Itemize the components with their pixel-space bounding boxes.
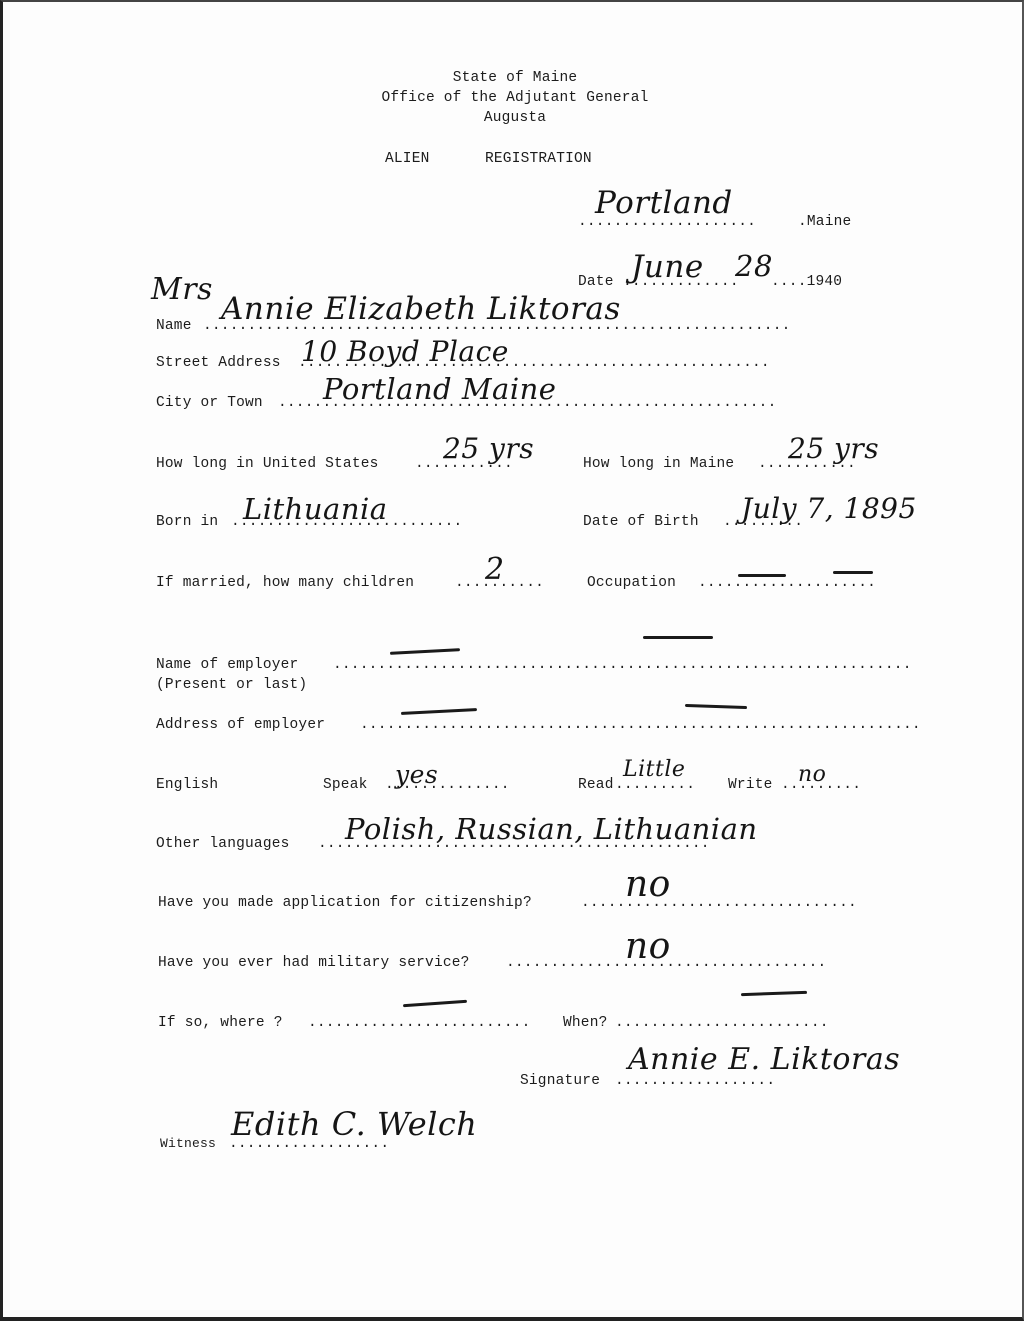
- name-prefix-handwritten: Mrs: [151, 272, 213, 307]
- signature-handwritten: Annie E. Liktoras: [628, 1042, 900, 1077]
- form-title-registration: REGISTRATION: [485, 151, 592, 167]
- english-read-handwritten: Little: [623, 757, 685, 782]
- citizenship-dots: ...............................: [581, 895, 857, 911]
- how-long-maine-label: How long in Maine: [583, 456, 734, 472]
- street-address-label: Street Address: [156, 355, 281, 371]
- citizenship-handwritten: no: [625, 864, 671, 905]
- date-month-handwritten: June: [631, 249, 704, 285]
- city-handwritten: Portland Maine: [323, 372, 556, 406]
- english-write-label: Write: [728, 777, 773, 793]
- children-label: If married, how many children: [156, 575, 414, 591]
- name-handwritten: Annie Elizabeth Liktoras: [221, 291, 621, 327]
- military-when-dots: ........................: [615, 1015, 829, 1031]
- occupation-dots: ....................: [698, 575, 876, 591]
- employer-name-label: Name of employer: [156, 657, 298, 673]
- military-when-dash-mark: [741, 991, 807, 996]
- date-day-handwritten: 28: [735, 249, 773, 283]
- employer-name-dots: ........................................…: [333, 657, 912, 673]
- military-when-label: When?: [563, 1015, 608, 1031]
- occupation-dash-mark: [738, 574, 786, 577]
- military-where-label: If so, where ?: [158, 1015, 283, 1031]
- employer-name-dash-mark-2: [390, 648, 460, 655]
- signature-label: Signature: [520, 1073, 600, 1089]
- header-office: Office of the Adjutant General: [345, 90, 685, 106]
- date-year: ....1940: [771, 274, 842, 290]
- location-handwritten: Portland: [595, 185, 733, 221]
- english-write-handwritten: no: [798, 762, 826, 787]
- street-address-handwritten: 10 Boyd Place: [301, 335, 509, 368]
- born-in-handwritten: Lithuania: [243, 492, 388, 526]
- how-long-us-handwritten: 25 yrs: [443, 432, 534, 465]
- name-label: Name: [156, 318, 192, 334]
- military-where-dots: .........................: [308, 1015, 531, 1031]
- occupation-label: Occupation: [587, 575, 676, 591]
- witness-handwritten: Edith C. Welch: [231, 1105, 477, 1143]
- employer-address-dash-mark: [401, 708, 477, 715]
- how-long-maine-handwritten: 25 yrs: [788, 432, 879, 465]
- form-title-alien: ALIEN: [385, 151, 430, 167]
- date-of-birth-label: Date of Birth: [583, 514, 699, 530]
- english-speak-handwritten: yes: [395, 760, 438, 789]
- how-long-us-label: How long in United States: [156, 456, 379, 472]
- born-in-label: Born in: [156, 514, 218, 530]
- header-city: Augusta: [365, 110, 665, 126]
- english-read-label: Read: [578, 777, 614, 793]
- military-service-label: Have you ever had military service?: [158, 955, 470, 971]
- employer-name-sublabel: (Present or last): [156, 677, 307, 693]
- employer-address-dots: ........................................…: [360, 717, 921, 733]
- witness-label: Witness: [160, 1136, 216, 1151]
- other-languages-label: Other languages: [156, 836, 290, 852]
- employer-address-dash-mark-2: [685, 704, 747, 709]
- english-speak-label: Speak: [323, 777, 368, 793]
- header-state: State of Maine: [365, 70, 665, 86]
- occupation-dash-mark-2: [833, 571, 873, 574]
- date-of-birth-handwritten: July 7, 1895: [741, 492, 917, 525]
- english-label: English: [156, 777, 218, 793]
- location-maine-label: .Maine: [798, 214, 851, 230]
- military-where-dash-mark: [403, 1000, 467, 1007]
- registration-form-page: State of Maine Office of the Adjutant Ge…: [0, 0, 1024, 1321]
- other-languages-handwritten: Polish, Russian, Lithuanian: [345, 812, 758, 846]
- citizenship-label: Have you made application for citizenshi…: [158, 895, 532, 911]
- city-label: City or Town: [156, 395, 263, 411]
- children-handwritten: 2: [485, 552, 505, 587]
- employer-address-label: Address of employer: [156, 717, 325, 733]
- date-label: Date: [578, 274, 614, 290]
- military-service-handwritten: no: [625, 926, 671, 967]
- employer-name-dash-mark: [643, 636, 713, 639]
